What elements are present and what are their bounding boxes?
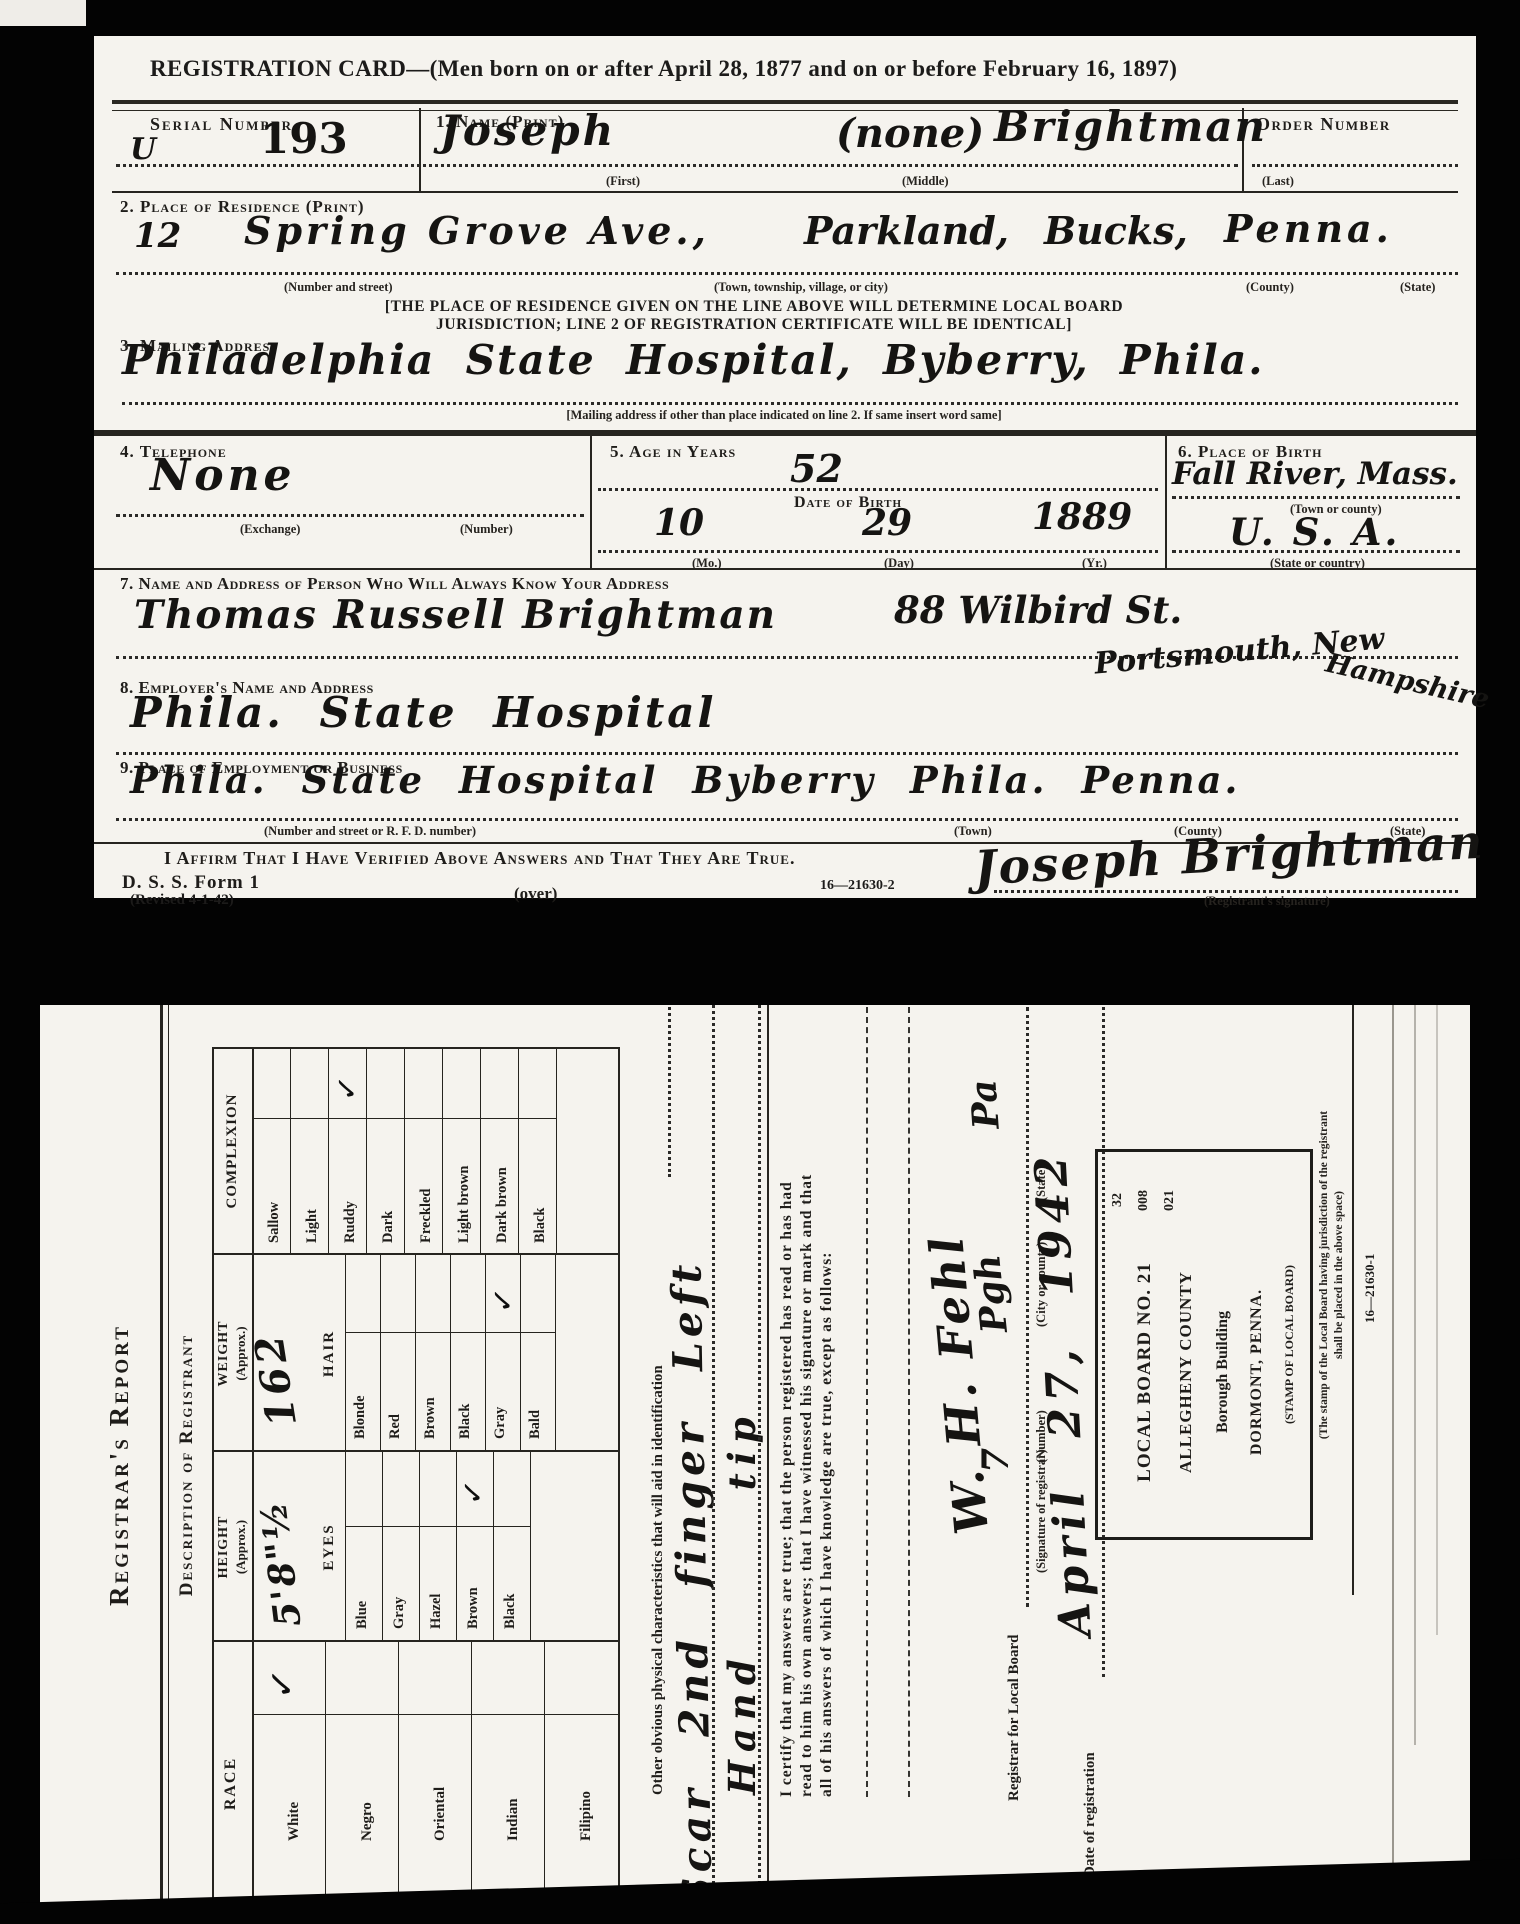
jurisdiction-note-line2: JURISDICTION; LINE 2 OF REGISTRATION CER… xyxy=(134,316,1374,334)
complexion-option-ruddy: Ruddy xyxy=(342,1201,359,1243)
residence-county-value: Bucks, xyxy=(1044,208,1188,253)
middle-sublabel: (Middle) xyxy=(902,174,949,189)
stacked-sheet-edge-2 xyxy=(1414,1005,1416,1745)
stamp-note-line1: (The stamp of the Local Board having jur… xyxy=(1318,1005,1330,1545)
complexion-ruddy-checkmark: ✓ xyxy=(329,1074,366,1103)
stamp-line1: LOCAL BOARD NO. 21 xyxy=(1134,1207,1156,1537)
race-row-line1 xyxy=(325,1642,326,1924)
order-row-rule xyxy=(1252,164,1458,167)
divider-serial-name xyxy=(419,108,421,192)
table-header-rule xyxy=(252,1047,254,1924)
table-top-border xyxy=(212,1047,214,1924)
hair-option-blonde: Blonde xyxy=(352,1395,369,1439)
card-title: REGISTRATION CARD—(Men born on or after … xyxy=(150,56,1177,82)
race-option-indian: Indian xyxy=(505,1798,522,1841)
complexion-row-line1 xyxy=(290,1047,291,1255)
hair-row-line1 xyxy=(380,1255,381,1452)
serial-number-value: 193 xyxy=(260,114,348,163)
local-board-stamp-box: LOCAL BOARD NO. 21 ALLEGHENY COUNTY Boro… xyxy=(1095,1149,1313,1540)
other-characteristics-dots xyxy=(668,1007,671,1177)
registrar-rule xyxy=(1026,1007,1029,1607)
registrant-signature: Joseph Brightman xyxy=(973,815,1486,897)
mailing-address-value: Philadelphia State Hospital, Byberry, Ph… xyxy=(122,336,1265,384)
first-name-value: Joseph xyxy=(440,106,616,155)
complexion-header: COMPLEXION xyxy=(224,1047,241,1255)
age-rule xyxy=(598,488,1158,491)
certification-line1: I certify that my answers are true; that… xyxy=(778,1181,796,1797)
table-col-height-right xyxy=(212,1450,620,1452)
eyes-option-hazel: Hazel xyxy=(428,1594,445,1629)
hair-row-line5 xyxy=(520,1255,521,1452)
dob-month-value: 10 xyxy=(654,502,704,544)
eyes-checkcol-divider xyxy=(345,1526,530,1527)
jurisdiction-note-line1: [THE PLACE OF RESIDENCE GIVEN ON THE LIN… xyxy=(134,298,1374,316)
mailing-sublabel: [Mailing address if other than place ind… xyxy=(424,408,1144,423)
hair-row-line0 xyxy=(345,1255,346,1452)
dob-rule xyxy=(598,550,1158,553)
height-header: HEIGHT xyxy=(216,1452,232,1642)
complexion-option-dark-brown: Dark brown xyxy=(494,1167,511,1243)
contact-label: 7. Name and Address of Person Who Will A… xyxy=(120,574,669,594)
exchange-sublabel: (Exchange) xyxy=(240,522,300,537)
first-sublabel: (First) xyxy=(606,174,640,189)
over-note: (over) xyxy=(514,884,557,904)
eyes-option-blue: Blue xyxy=(354,1601,371,1629)
heavy-rule xyxy=(94,430,1476,436)
name-row-rule xyxy=(116,164,1238,167)
registrar-label: Registrar for Local Board xyxy=(1006,1634,1023,1801)
hair-row-line4 xyxy=(485,1255,486,1452)
employer-rule xyxy=(116,752,1458,755)
hair-row-line6 xyxy=(555,1255,556,1452)
complexion-row-line4 xyxy=(404,1047,405,1255)
eyes-row-line1 xyxy=(382,1452,383,1642)
residence-number-sublabel: (Number and street) xyxy=(284,280,393,295)
complexion-option-light-brown: Light brown xyxy=(456,1166,473,1244)
hair-option-gray: Gray xyxy=(492,1407,509,1439)
registrar-board-number: 7 xyxy=(975,1448,1017,1473)
stamp-code-2: 008 xyxy=(1136,1190,1152,1211)
scan-paper-notch xyxy=(0,0,86,26)
stamp-code-3: 021 xyxy=(1162,1190,1178,1211)
race-option-negro: Negro xyxy=(359,1802,376,1841)
birth-country-value: U. S. A. xyxy=(1229,510,1400,554)
residence-town-value: Parkland, xyxy=(804,208,1009,253)
eyes-row-line2 xyxy=(419,1452,420,1642)
race-row-line3 xyxy=(471,1642,472,1924)
employment-town-sublabel: (Town) xyxy=(954,824,992,839)
hair-checkcol-divider xyxy=(345,1332,555,1333)
stamp-line2: ALLEGHENY COUNTY xyxy=(1176,1207,1196,1537)
card-bottom-rule xyxy=(1352,1005,1354,1595)
form-revision: (Revised 4-1-42) xyxy=(130,892,234,909)
birth-town-rule xyxy=(1172,496,1460,499)
scanned-draft-cards-page: 2 REGISTRATION CARD—(Men born on or afte… xyxy=(0,0,1520,1924)
race-option-white: White xyxy=(286,1802,303,1841)
hair-option-black: Black xyxy=(457,1404,474,1439)
registrar-state: Pa xyxy=(962,1078,1007,1130)
hair-header: HAIR xyxy=(321,1255,338,1452)
stacked-sheet-edge-1 xyxy=(1392,1005,1394,1865)
divider-tel-age xyxy=(590,436,592,568)
complexion-option-light: Light xyxy=(304,1209,321,1243)
table-col-weight-right xyxy=(212,1253,620,1255)
hair-option-brown: Brown xyxy=(422,1397,439,1439)
other-section-rule xyxy=(767,1005,769,1924)
employer-value: Phila. State Hospital xyxy=(130,688,716,737)
residence-rule xyxy=(116,272,1458,275)
registrars-report-title: Registrar's Report xyxy=(104,1005,135,1924)
eyes-option-black: Black xyxy=(502,1594,519,1629)
telephone-value: None xyxy=(150,450,296,501)
age-label: 5. Age in Years xyxy=(610,442,736,462)
mailing-rule xyxy=(122,402,1458,405)
race-header: RACE xyxy=(222,1642,240,1924)
order-number-label: Order Number xyxy=(1256,114,1391,135)
affirmation-text: I Affirm That I Have Verified Above Answ… xyxy=(164,848,795,869)
telephone-rule xyxy=(116,514,584,517)
certification-blank-line1 xyxy=(866,1007,868,1797)
race-option-filipino: Filipino xyxy=(578,1791,595,1841)
residence-state-sublabel: (State) xyxy=(1400,280,1435,295)
print-code-front: 16—21630-2 xyxy=(820,878,895,894)
registration-date-label: Date of registration xyxy=(1082,1752,1099,1877)
weight-value: 162 xyxy=(245,1328,306,1430)
complexion-option-dark: Dark xyxy=(380,1211,397,1243)
report-title-rule xyxy=(160,1005,169,1924)
complexion-row-line8 xyxy=(556,1047,557,1255)
signature-rule xyxy=(994,890,1458,893)
stacked-sheet-edge-3 xyxy=(1436,1005,1438,1635)
registrar-city: Pgh xyxy=(966,1253,1016,1335)
last-sublabel: (Last) xyxy=(1262,174,1294,189)
residence-number-value: 12 xyxy=(134,216,181,256)
complexion-row-line7 xyxy=(518,1047,519,1255)
employment-value: Phila. State Hospital Byberry Phila. Pen… xyxy=(130,758,1240,802)
race-white-checkmark: ✓ xyxy=(261,1667,305,1701)
residence-county-sublabel: (County) xyxy=(1246,280,1294,295)
race-row-line4 xyxy=(544,1642,545,1924)
birth-town-value: Fall River, Mass. xyxy=(1172,456,1458,492)
residence-state-value: Penna. xyxy=(1224,206,1393,251)
middle-name-value: (none) xyxy=(836,110,984,157)
stamp-note-line2: shall be placed in the above space) xyxy=(1333,1005,1345,1545)
hair-option-red: Red xyxy=(387,1414,404,1439)
complexion-row-line5 xyxy=(442,1047,443,1255)
complexion-row-line6 xyxy=(480,1047,481,1255)
age-value: 52 xyxy=(790,446,843,491)
divider-age-birth xyxy=(1165,436,1167,568)
hair-row-line3 xyxy=(450,1255,451,1452)
dob-day-value: 29 xyxy=(862,502,912,544)
height-value: 5'8"½ xyxy=(252,1497,309,1629)
stamp-code-1: 32 xyxy=(1110,1193,1126,1207)
complexion-option-black: Black xyxy=(532,1208,549,1243)
height-header-approx: (Approx.) xyxy=(233,1452,249,1642)
hair-gray-checkmark: ✓ xyxy=(485,1286,522,1315)
eyes-option-brown: Brown xyxy=(465,1587,482,1629)
contact-name-value: Thomas Russell Brightman xyxy=(134,592,777,638)
telephone-number-sublabel: (Number) xyxy=(460,522,513,537)
weight-header-approx: (Approx.) xyxy=(233,1255,249,1452)
table-bottom-border xyxy=(618,1047,620,1924)
residence-street-value: Spring Grove Ave., xyxy=(244,208,710,253)
table-col-race-right xyxy=(212,1640,620,1642)
contact-address-value: 88 Wilbird St. xyxy=(894,588,1182,632)
stamp-line4: DORMONT, PENNA. xyxy=(1248,1207,1266,1537)
dob-year-value: 1889 xyxy=(1032,496,1132,538)
form-id: D. S. S. Form 1 xyxy=(122,872,260,894)
serial-prefix-value: U xyxy=(130,132,156,167)
print-code-back: 16—21630-1 xyxy=(1362,1254,1378,1323)
table-right-border xyxy=(212,1047,620,1049)
registration-card-front: REGISTRATION CARD—(Men born on or after … xyxy=(94,36,1476,898)
rule-after-row456 xyxy=(94,568,1476,570)
employment-rule xyxy=(116,818,1458,821)
race-checkcol-divider xyxy=(252,1714,618,1715)
description-subtitle: Description of Registrant xyxy=(176,1005,198,1924)
certification-line3: all of his answers of which I have knowl… xyxy=(818,1252,836,1797)
certification-blank-line2 xyxy=(908,1007,910,1797)
other-rule2 xyxy=(758,1005,761,1924)
stamp-caption: (STAMP OF LOCAL BOARD) xyxy=(1282,1152,1297,1537)
eyes-header: EYES xyxy=(321,1452,338,1642)
eyes-option-gray: Gray xyxy=(391,1597,408,1629)
race-option-oriental: Oriental xyxy=(432,1787,449,1841)
hair-row-line2 xyxy=(415,1255,416,1452)
residence-town-sublabel: (Town, township, village, or city) xyxy=(714,280,888,295)
race-row-line2 xyxy=(398,1642,399,1924)
complexion-option-sallow: Sallow xyxy=(266,1202,283,1243)
hair-option-bald: Bald xyxy=(527,1410,544,1439)
rule-after-name xyxy=(112,191,1458,193)
registrant-signature-sublabel: (Registrant's signature) xyxy=(1204,894,1330,909)
certification-line2: read to him his own answers; that I have… xyxy=(798,1174,816,1797)
eyes-row-line0 xyxy=(345,1452,346,1642)
employment-number-sublabel: (Number and street or R. F. D. number) xyxy=(264,824,476,839)
complexion-checkcol-divider xyxy=(252,1118,556,1119)
weight-header: WEIGHT xyxy=(216,1255,232,1452)
other-rule1 xyxy=(712,1005,715,1924)
eyes-row-line4 xyxy=(493,1452,494,1642)
eyes-row-line5 xyxy=(530,1452,531,1642)
complexion-row-line2 xyxy=(328,1047,329,1255)
birth-country-rule xyxy=(1172,550,1460,553)
stamp-line3: Borough Building xyxy=(1214,1207,1232,1537)
last-name-value: Brightman xyxy=(994,102,1267,151)
complexion-option-freckled: Freckled xyxy=(418,1189,435,1244)
eyes-brown-checkmark: ✓ xyxy=(455,1478,492,1507)
registrar-report-card-back: Registrar's Report Description of Regist… xyxy=(40,1005,1470,1924)
